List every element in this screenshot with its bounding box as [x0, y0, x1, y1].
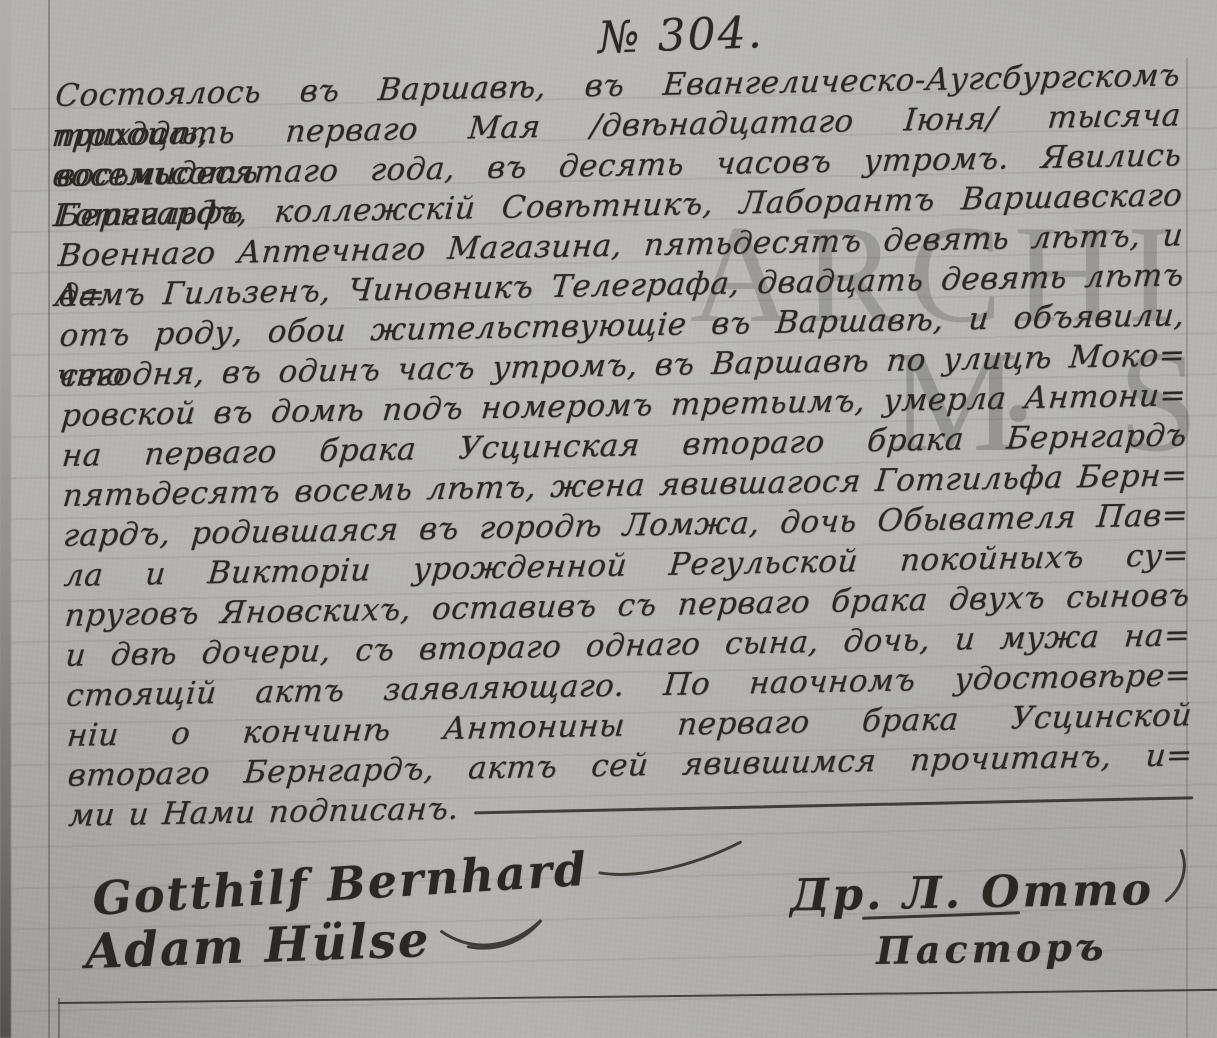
manuscript-body: Состоялось въ Варшавѣ, въ Евангелическо-…: [55, 55, 1194, 835]
document-scan: ARCHI M . S № 304. Состоялось въ Варшавѣ…: [0, 0, 1217, 1038]
closing-rule: [474, 796, 1193, 814]
manuscript-final-text: ми и Нами подписанъ.: [67, 789, 461, 836]
record-number: № 304.: [597, 7, 764, 64]
signature-flourish-icon: [1161, 847, 1190, 905]
signature-title-pastor: Пасторъ: [876, 924, 1108, 973]
signature-pastor-otto: Др. Л. Отто: [789, 847, 1190, 922]
page-bottom-margin-stub: [58, 998, 60, 1038]
signature-title-text: Пасторъ: [876, 924, 1108, 973]
scan-edge-shadow: [0, 0, 11, 1038]
signature-flourish-icon: [594, 836, 746, 885]
signature-flourish-icon: [438, 912, 549, 958]
